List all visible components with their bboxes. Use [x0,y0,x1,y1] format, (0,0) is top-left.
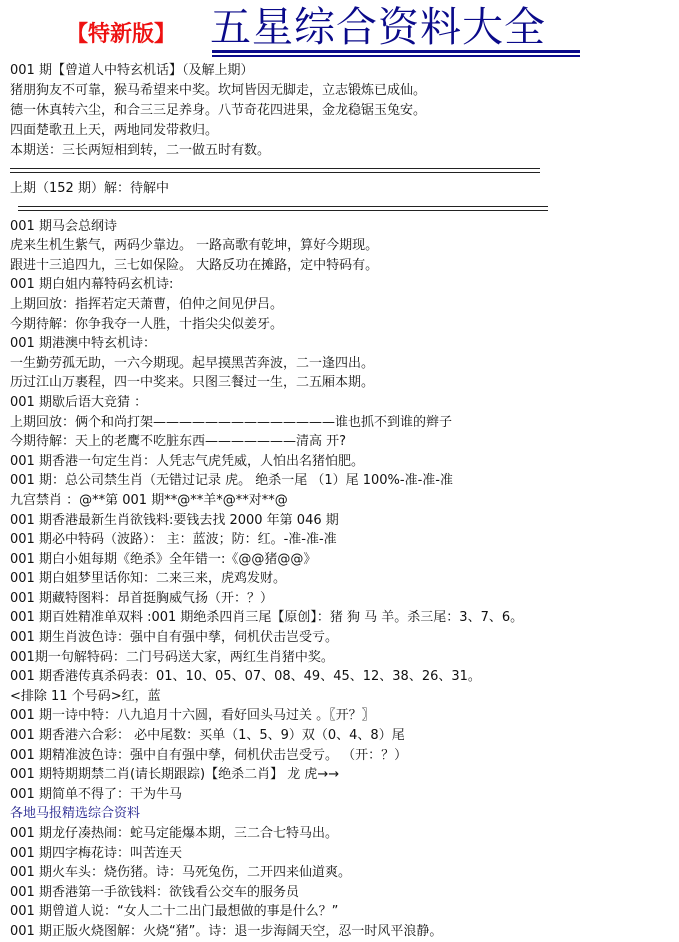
list-item: 一生勤劳孤无助，一六今期现。起早摸黑苦奔波，二一逢四出。 [10,354,675,374]
regional-heading: 各地马报精选综合资料 [10,804,675,824]
divider-bar [18,206,548,211]
list-item: 今期待解：你争我夺一人胜，十指尖尖似姜牙。 [10,315,675,335]
list-item: 001 期歇后语大竞猜 ： [10,393,675,413]
list-item: 001期一句解特码：二门号码送大家，两红生肖猪中奖。 [10,648,675,668]
list-item: 001 期一诗中特：八九追月十六圆，看好回头马过关 。〖开？〗 [10,706,675,726]
intro-line: 四面楚歌丑上天，两地同发带救归。 [10,121,675,141]
list-item: 001 期必中特码（波路）： 主：蓝波；防：红。-准-准-准 [10,530,675,550]
edition-badge: 【特新版】 [66,20,176,48]
regional-list: 001 期龙仔凑热闹：蛇马定能爆本期，三二合七特马出。 001 期四字梅花诗：叫… [10,824,675,942]
intro-heading: 001 期【曾道人中特玄机话】（及解上期） [10,61,675,81]
divider-bar [10,168,540,173]
list-item: 001 期精准波色诗：强中自有强中孳，伺机伏击岂受亏。 （开：？） [10,746,675,766]
list-item: 001 期百姓精准单双料 :001 期绝杀四肖三尾【原创】：猪 狗 马 羊。杀三… [10,608,675,628]
list-item: 001 期香港传真杀码表：01、10、05、07、08、49、45、12、38、… [10,667,675,687]
intro-line: 猪朋狗友不可靠，猴马希望来中奖。坎坷皆因无脚走，立志锻炼已成仙。 [10,81,675,101]
tips-list: 001 期马会总纲诗 虎来生机生紫气，两码少靠边。 一路高歌有乾坤，算好今期现。… [10,217,675,805]
list-item: 001 期火车头：烧伤猪。诗：马死兔伤，二开四来仙道爽。 [10,863,675,883]
document-body: 001 期【曾道人中特玄机话】（及解上期） 猪朋狗友不可靠，猴马希望来中奖。坎坷… [10,61,675,942]
list-item: 跟进十三追四九，三七如保险。 大路反功在摊路，定中特码有。 [10,256,675,276]
separator-divider [10,161,675,179]
list-item: 上期回放：俩个和尚打架——————————————谁也抓不到谁的辫子 [10,413,675,433]
list-item: 今期待解：天上的老鹰不吃脏东西———————清高 开? [10,432,675,452]
intro-line: 德一休真转六尘，和合三三足养身。八节奇花四进果，金龙稳锯玉兔安。 [10,101,675,121]
list-item: <排除 11 个号码>红，蓝 [10,687,675,707]
list-item: 001 期简单不得了：干为牛马 [10,785,675,805]
list-item: 九宫禁肖 ：@**第 001 期**@**羊*@**对**@ [10,491,675,511]
list-item: 001 期龙仔凑热闹：蛇马定能爆本期，三二合七特马出。 [10,824,675,844]
list-item: 上期回放：指挥若定天萧曹，伯仲之间见伊吕。 [10,295,675,315]
list-item: 001 期白姐内幕特码玄机诗: [10,275,675,295]
list-item: 001 期特期期禁二肖(请长期跟踪)【绝杀二肖】 龙 虎→→ [10,765,675,785]
list-item: 001 期香港最新生肖欲钱料:要钱去找 2000 年第 046 期 [10,511,675,531]
list-item: 001 期四字梅花诗：叫苦连天 [10,844,675,864]
title-underline-secondary [212,55,580,57]
page-header: 【特新版】 五星综合资料大全 [0,0,679,58]
list-item: 001 期香港第一手欲钱料：欲钱看公交车的服务员 [10,883,675,903]
list-item: 001 期白小姐每期《绝杀》全年错一:《@@猪@@》 [10,550,675,570]
list-item: 虎来生机生紫气，两码少靠边。 一路高歌有乾坤，算好今期现。 [10,236,675,256]
list-item: 001 期港澳中特玄机诗： [10,334,675,354]
list-item: 001 期香港六合彩： 必中尾数：买单（1、5、9）双（0、4、8）尾 [10,726,675,746]
list-item: 001 期藏特图料：昂首挺胸威气扬（开：？） [10,589,675,609]
list-item: 001 期白姐梦里话你知：二来三来，虎鸡发财。 [10,569,675,589]
intro-line: 本期送：三长两短相到转，二一做五时有数。 [10,141,675,161]
last-period-result: 上期（152 期）解：待解中 [10,179,675,199]
title-underline [212,50,580,53]
list-item: 001 期正版火烧图解：火烧“猪”。诗：退一步海阔天空，忍一时风平浪静。 [10,922,675,942]
list-item: 001 期生肖波色诗：强中自有强中孳，伺机伏击岂受亏。 [10,628,675,648]
list-item: 001 期香港一句定生肖：人凭志气虎凭威，人怕出名猪怕肥。 [10,452,675,472]
separator-divider [10,199,675,217]
list-item: 001 期马会总纲诗 [10,217,675,237]
list-item: 001 期：总公司禁生肖（无错过记录 虎。 绝杀一尾 （1）尾 100%-准-准… [10,471,675,491]
page-title: 五星综合资料大全 [210,4,582,50]
list-item: 历过江山万裹程，四一中奖来。只图三餐过一生，二五厢本期。 [10,373,675,393]
list-item: 001 期曾道人说：“女人二十二出门最想做的事是什么？” [10,902,675,922]
